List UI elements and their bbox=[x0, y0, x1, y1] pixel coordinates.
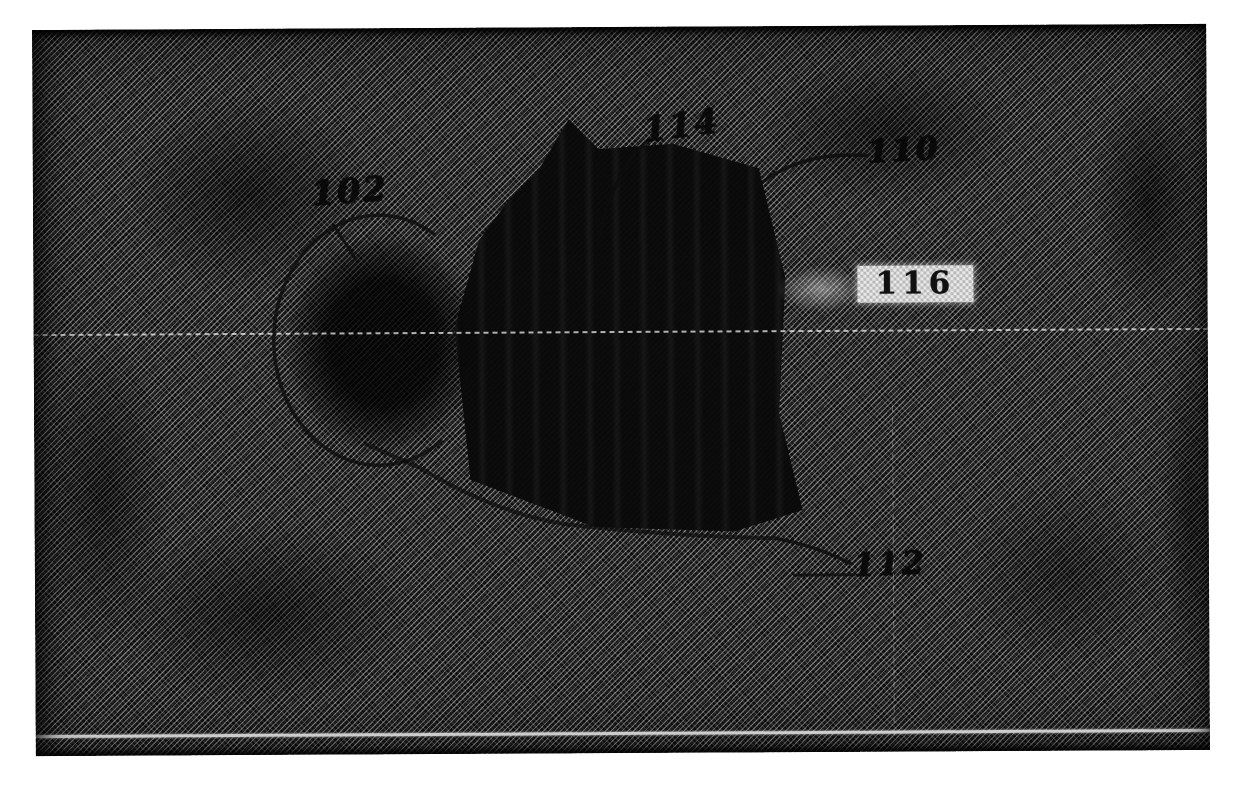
ref-label-110: 110 bbox=[866, 131, 941, 167]
leader-110 bbox=[755, 155, 869, 188]
leader-102 bbox=[333, 224, 355, 258]
tray-edge-line bbox=[364, 441, 776, 540]
leader-114 bbox=[599, 139, 652, 237]
ref-label-102: 102 bbox=[310, 172, 389, 212]
ref-label-114: 114 bbox=[641, 104, 722, 148]
annotation-arc bbox=[273, 215, 442, 466]
halftone-photo: 102 114 110 112 116 bbox=[32, 24, 1210, 756]
annotation-lines bbox=[32, 24, 1210, 756]
leader-112 bbox=[775, 538, 851, 564]
ref-label-116: 116 bbox=[876, 268, 956, 299]
ref-label-112: 112 bbox=[852, 546, 926, 581]
ref-label-116-box: 116 bbox=[857, 265, 973, 303]
